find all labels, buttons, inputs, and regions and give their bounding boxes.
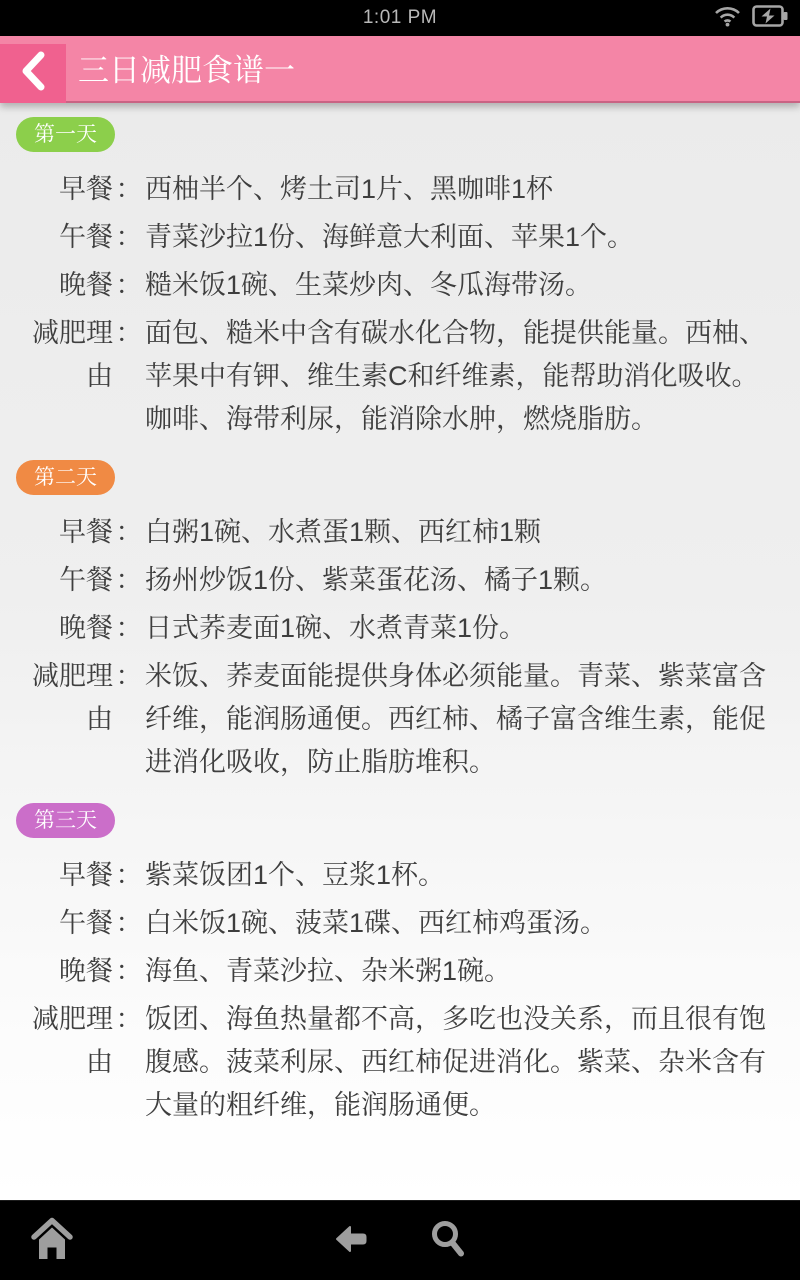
row-colon: ： (113, 511, 145, 554)
row-label: 晚餐 (28, 607, 113, 650)
row-label: 减肥理由 (28, 655, 113, 784)
row-text: 糙米饭1碗、生菜炒肉、冬瓜海带汤。 (145, 264, 775, 307)
row-label: 早餐 (28, 854, 113, 897)
reason-row: 减肥理由 ： 饭团、海鱼热量都不高，多吃也没关系，而且很有饱腹感。菠菜利尿、西红… (28, 998, 800, 1127)
meal-row: 午餐 ： 青菜沙拉1份、海鲜意大利面、苹果1个。 (28, 216, 800, 259)
back-button[interactable] (0, 44, 66, 103)
row-label: 晚餐 (28, 950, 113, 993)
row-text: 日式荞麦面1碗、水煮青菜1份。 (145, 607, 775, 650)
row-text: 海鱼、青菜沙拉、杂米粥1碗。 (145, 950, 775, 993)
row-text: 扬州炒饭1份、紫菜蛋花汤、橘子1颗。 (145, 559, 775, 602)
wifi-icon (714, 4, 741, 32)
meal-row: 早餐 ： 西柚半个、烤土司1片、黑咖啡1杯 (28, 168, 800, 211)
row-text: 白粥1碗、水煮蛋1颗、西红柿1颗 (145, 511, 775, 554)
row-text: 西柚半个、烤土司1片、黑咖啡1杯 (145, 168, 775, 211)
row-colon: ： (113, 655, 145, 784)
row-text: 紫菜饭团1个、豆浆1杯。 (145, 854, 775, 897)
row-label: 早餐 (28, 168, 113, 211)
row-colon: ： (113, 264, 145, 307)
row-text: 面包、糙米中含有碳水化合物，能提供能量。西柚、苹果中有钾、维生素C和纤维素，能帮… (145, 312, 775, 441)
search-button[interactable] (415, 1201, 479, 1280)
row-colon: ： (113, 998, 145, 1127)
row-label: 午餐 (28, 216, 113, 259)
page-title: 三日减肥食谱一 (78, 36, 295, 103)
day-section-3: 第三天 早餐 ： 紫菜饭团1个、豆浆1杯。 午餐 ： 白米饭1碗、菠菜1碟、西红… (0, 789, 800, 1127)
row-label: 早餐 (28, 511, 113, 554)
day2-badge: 第二天 (16, 460, 115, 495)
screen: 1:01 PM (0, 0, 800, 1280)
day3-badge: 第三天 (16, 803, 115, 838)
row-colon: ： (113, 168, 145, 211)
row-label: 减肥理由 (28, 312, 113, 441)
row-colon: ： (113, 950, 145, 993)
row-text: 饭团、海鱼热量都不高，多吃也没关系，而且很有饱腹感。菠菜利尿、西红柿促进消化。紫… (145, 998, 775, 1127)
day3-rows: 早餐 ： 紫菜饭团1个、豆浆1杯。 午餐 ： 白米饭1碗、菠菜1碟、西红柿鸡蛋汤… (28, 854, 800, 1127)
row-text: 白米饭1碗、菠菜1碟、西红柿鸡蛋汤。 (145, 902, 775, 945)
chevron-left-icon (17, 50, 49, 97)
meal-row: 早餐 ： 白粥1碗、水煮蛋1颗、西红柿1颗 (28, 511, 800, 554)
row-label: 晚餐 (28, 264, 113, 307)
battery-charging-icon (752, 5, 788, 32)
meal-row: 晚餐 ： 糙米饭1碗、生菜炒肉、冬瓜海带汤。 (28, 264, 800, 307)
navigation-bar (0, 1200, 800, 1280)
back-arrow-icon (335, 1225, 367, 1258)
row-colon: ： (113, 607, 145, 650)
reason-row: 减肥理由 ： 米饭、荞麦面能提供身体必须能量。青菜、紫菜富含纤维，能润肠通便。西… (28, 655, 800, 784)
home-button[interactable] (20, 1201, 84, 1280)
day1-badge: 第一天 (16, 117, 115, 152)
status-time: 1:01 PM (0, 0, 800, 36)
row-colon: ： (113, 902, 145, 945)
meal-row: 晚餐 ： 海鱼、青菜沙拉、杂米粥1碗。 (28, 950, 800, 993)
day1-rows: 早餐 ： 西柚半个、烤土司1片、黑咖啡1杯 午餐 ： 青菜沙拉1份、海鲜意大利面… (28, 168, 800, 441)
status-icons (714, 0, 788, 36)
status-bar: 1:01 PM (0, 0, 800, 36)
row-text: 米饭、荞麦面能提供身体必须能量。青菜、紫菜富含纤维，能润肠通便。西红柿、橘子富含… (145, 655, 775, 784)
meal-row: 午餐 ： 扬州炒饭1份、紫菜蛋花汤、橘子1颗。 (28, 559, 800, 602)
day-section-1: 第一天 早餐 ： 西柚半个、烤土司1片、黑咖啡1杯 午餐 ： 青菜沙拉1份、海鲜… (0, 103, 800, 441)
row-colon: ： (113, 216, 145, 259)
day2-rows: 早餐 ： 白粥1碗、水煮蛋1颗、西红柿1颗 午餐 ： 扬州炒饭1份、紫菜蛋花汤、… (28, 511, 800, 784)
day-section-2: 第二天 早餐 ： 白粥1碗、水煮蛋1颗、西红柿1颗 午餐 ： 扬州炒饭1份、紫菜… (0, 446, 800, 784)
row-label: 午餐 (28, 559, 113, 602)
home-icon (29, 1216, 75, 1266)
content-area: 第一天 早餐 ： 西柚半个、烤土司1片、黑咖啡1杯 午餐 ： 青菜沙拉1份、海鲜… (0, 103, 800, 1200)
meal-row: 早餐 ： 紫菜饭团1个、豆浆1杯。 (28, 854, 800, 897)
app-header: 三日减肥食谱一 (0, 36, 800, 103)
row-colon: ： (113, 854, 145, 897)
meal-row: 午餐 ： 白米饭1碗、菠菜1碟、西红柿鸡蛋汤。 (28, 902, 800, 945)
row-colon: ： (113, 559, 145, 602)
search-icon (430, 1220, 465, 1263)
row-label: 减肥理由 (28, 998, 113, 1127)
reason-row: 减肥理由 ： 面包、糙米中含有碳水化合物，能提供能量。西柚、苹果中有钾、维生素C… (28, 312, 800, 441)
row-label: 午餐 (28, 902, 113, 945)
nav-back-button[interactable] (319, 1201, 383, 1280)
meal-row: 晚餐 ： 日式荞麦面1碗、水煮青菜1份。 (28, 607, 800, 650)
row-text: 青菜沙拉1份、海鲜意大利面、苹果1个。 (145, 216, 775, 259)
row-colon: ： (113, 312, 145, 441)
